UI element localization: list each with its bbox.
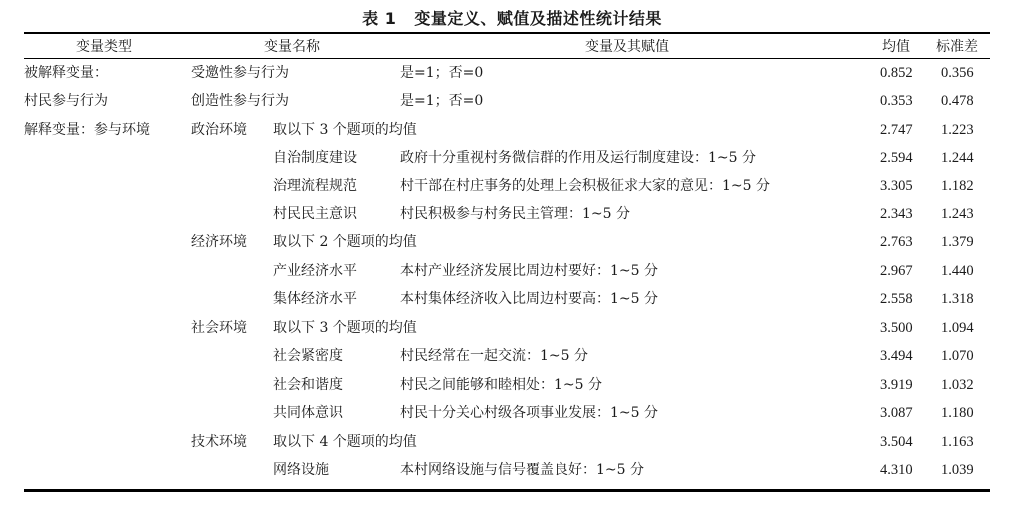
cell-sd: 1.094 <box>941 319 974 337</box>
table-caption: 表 1变量定义、赋值及描述性统计结果 <box>0 8 1024 30</box>
cell-mean: 0.353 <box>880 92 913 110</box>
cell-mean: 3.087 <box>880 404 913 422</box>
cell-variable-name: 村民民主意识 <box>273 205 357 223</box>
cell-mean: 3.305 <box>880 177 913 195</box>
cell-sd: 1.244 <box>941 149 974 167</box>
cell-definition: 政府十分重视村务微信群的作用及运行制度建设：1~5 分 <box>400 149 756 167</box>
cell-mean: 2.967 <box>880 262 913 280</box>
cell-variable-name: 受邀性参与行为 <box>191 64 289 82</box>
header-rule <box>24 58 990 59</box>
table-number: 表 1 <box>362 9 396 28</box>
cell-sd: 1.182 <box>941 177 974 195</box>
cell-sd: 1.163 <box>941 433 974 451</box>
cell-definition: 村干部在村庄事务的处理上会积极征求大家的意见：1~5 分 <box>400 177 770 195</box>
cell-variable-name: 创造性参与行为 <box>191 92 289 110</box>
cell-definition: 本村网络设施与信号覆盖良好：1~5 分 <box>400 461 644 479</box>
cell-sd: 1.180 <box>941 404 974 422</box>
cell-mean: 2.763 <box>880 233 913 251</box>
cell-definition: 村民十分关心村级各项事业发展：1~5 分 <box>400 404 658 422</box>
table-title: 变量定义、赋值及描述性统计结果 <box>414 9 662 28</box>
cell-variable-name: 网络设施 <box>273 461 329 479</box>
cell-variable-name: 共同体意识 <box>273 404 343 422</box>
cell-variable-name: 产业经济水平 <box>273 262 357 280</box>
top-rule <box>24 32 990 34</box>
cell-variable-name: 社会和谐度 <box>273 376 343 394</box>
cell-sd: 1.243 <box>941 205 974 223</box>
cell-sd: 1.039 <box>941 461 974 479</box>
cell-mean: 3.500 <box>880 319 913 337</box>
cell-environment-group: 经济环境 <box>191 233 247 251</box>
cell-variable-type: 被解释变量： <box>24 64 108 82</box>
cell-sd: 1.440 <box>941 262 974 280</box>
cell-definition: 本村产业经济发展比周边村要好：1~5 分 <box>400 262 658 280</box>
cell-environment-group: 技术环境 <box>191 433 247 451</box>
cell-definition: 是=1；否=0 <box>400 92 483 110</box>
cell-variable-type: 解释变量：参与环境 <box>24 121 150 139</box>
cell-sd: 1.070 <box>941 347 974 365</box>
cell-sd: 0.356 <box>941 64 974 82</box>
bottom-rule <box>24 489 990 492</box>
cell-mean: 2.747 <box>880 121 913 139</box>
cell-variable-name: 取以下 3 个题项的均值 <box>273 319 417 337</box>
cell-mean: 0.852 <box>880 64 913 82</box>
cell-sd: 0.478 <box>941 92 974 110</box>
cell-sd: 1.379 <box>941 233 974 251</box>
cell-variable-name: 社会紧密度 <box>273 347 343 365</box>
cell-definition: 村民积极参与村务民主管理：1~5 分 <box>400 205 630 223</box>
cell-sd: 1.318 <box>941 290 974 308</box>
cell-mean: 4.310 <box>880 461 913 479</box>
cell-variable-name: 取以下 3 个题项的均值 <box>273 121 417 139</box>
cell-variable-name: 治理流程规范 <box>273 177 357 195</box>
header-sd: 标准差 <box>936 38 978 56</box>
cell-definition: 是=1；否=0 <box>400 64 483 82</box>
cell-mean: 2.343 <box>880 205 913 223</box>
header-mean: 均值 <box>882 38 910 56</box>
cell-definition: 村民经常在一起交流：1~5 分 <box>400 347 588 365</box>
cell-sd: 1.032 <box>941 376 974 394</box>
cell-variable-name: 集体经济水平 <box>273 290 357 308</box>
cell-mean: 3.504 <box>880 433 913 451</box>
cell-mean: 3.919 <box>880 376 913 394</box>
cell-environment-group: 政治环境 <box>191 121 247 139</box>
cell-variable-name: 取以下 2 个题项的均值 <box>273 233 417 251</box>
cell-mean: 2.594 <box>880 149 913 167</box>
cell-variable-name: 自治制度建设 <box>273 149 357 167</box>
cell-mean: 2.558 <box>880 290 913 308</box>
cell-variable-name: 取以下 4 个题项的均值 <box>273 433 417 451</box>
cell-definition: 村民之间能够和睦相处：1~5 分 <box>400 376 602 394</box>
header-variable-name: 变量名称 <box>264 38 320 56</box>
cell-variable-type: 村民参与行为 <box>24 92 108 110</box>
cell-environment-group: 社会环境 <box>191 319 247 337</box>
cell-mean: 3.494 <box>880 347 913 365</box>
cell-sd: 1.223 <box>941 121 974 139</box>
header-definition: 变量及其赋值 <box>585 38 669 56</box>
header-variable-type: 变量类型 <box>76 38 132 56</box>
cell-definition: 本村集体经济收入比周边村要高：1~5 分 <box>400 290 658 308</box>
